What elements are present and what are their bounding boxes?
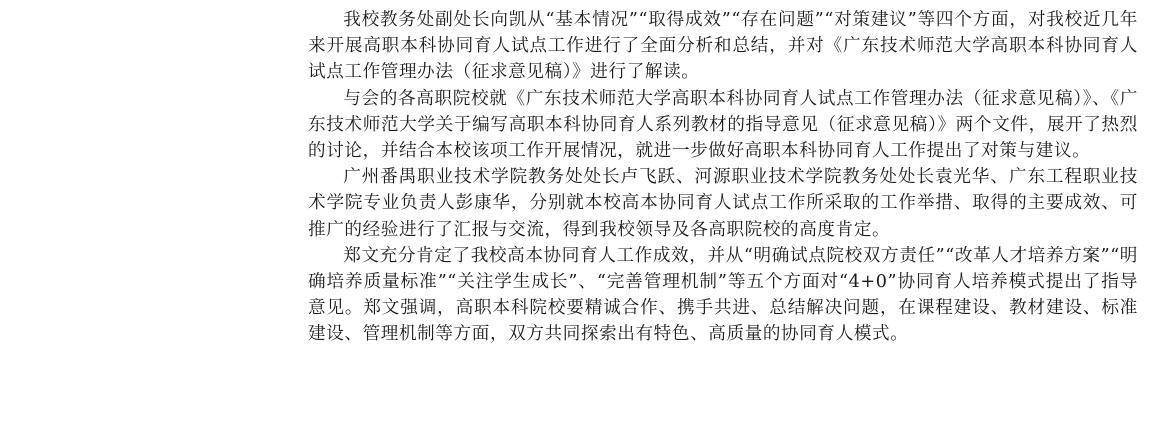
article-body: 我校教务处副处长向凯从“基本情况”“取得成效”“存在问题”“对策建议”等四个方面… xyxy=(308,7,1138,348)
paragraph-guidance: 郑文充分肯定了我校高本协同育人工作成效，并从“明确试点院校双方责任”“改革人才培… xyxy=(308,243,1138,348)
paragraph-discussion: 与会的各高职院校就《广东技术师范大学高职本科协同育人试点工作管理办法（征求意见稿… xyxy=(308,86,1138,165)
paragraph-exchange: 广州番禺职业技术学院教务处处长卢飞跃、河源职业技术学院教务处处长袁光华、广东工程… xyxy=(308,164,1138,243)
paragraph-summary-report: 我校教务处副处长向凯从“基本情况”“取得成效”“存在问题”“对策建议”等四个方面… xyxy=(308,7,1138,86)
